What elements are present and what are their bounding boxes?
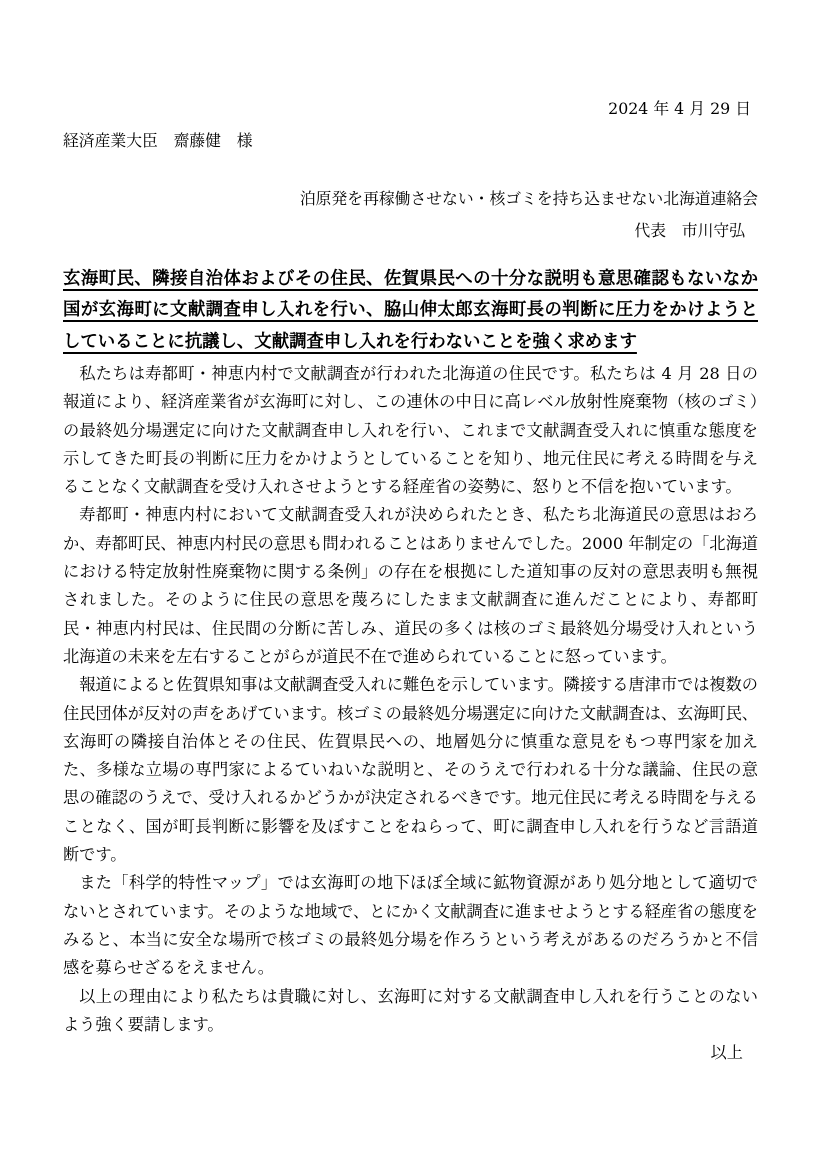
body-paragraph-4: また「科学的特性マップ」では玄海町の地下ほぼ全域に鉱物資源があり処分地として適切… <box>63 869 758 982</box>
sender-organization-line: 泊原発を再稼働させない・核ゴミを持ち込ませない北海道連絡会 <box>63 187 758 211</box>
body-paragraph-3: 報道によると佐賀県知事は文献調査受入れに難色を示しています。隣接する唐津市では複… <box>63 671 758 869</box>
date-line: 2024 年 4 月 29 日 <box>63 97 751 121</box>
document-title: 玄海町民、隣接自治体およびその住民、佐賀県民への十分な説明も意思確認もないなか国… <box>63 264 758 358</box>
sender-representative-line: 代表 市川守弘 <box>63 219 745 243</box>
body-paragraph-1: 私たちは寿都町・神恵内村で文献調査が行われた北海道の住民です。私たちは 4 月 … <box>63 360 758 501</box>
recipient-line: 経済産業大臣 齋藤健 様 <box>63 129 253 153</box>
closing-line: 以上 <box>63 1039 758 1067</box>
document-body: 私たちは寿都町・神恵内村で文献調査が行われた北海道の住民です。私たちは 4 月 … <box>63 360 758 1067</box>
body-paragraph-2: 寿都町・神恵内村において文献調査受入れが決められたとき、私たち北海道民の意思はお… <box>63 501 758 671</box>
body-paragraph-5: 以上の理由により私たちは貴職に対し、玄海町に対する文献調査申し入れを行うことのな… <box>63 983 758 1040</box>
document-page: 2024 年 4 月 29 日 経済産業大臣 齋藤健 様 泊原発を再稼働させない… <box>0 0 819 1167</box>
